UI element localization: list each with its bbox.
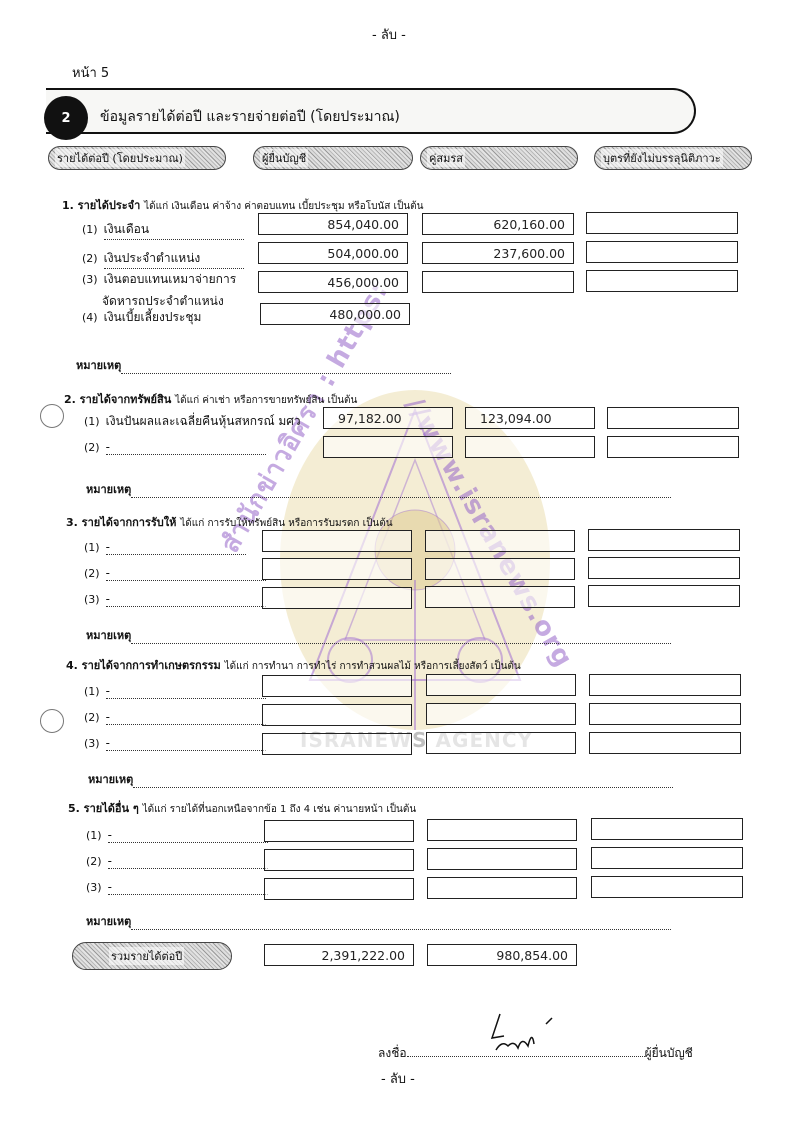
- s5-r2-child[interactable]: [591, 847, 743, 869]
- section-2-heading: 2. รายได้จากทรัพย์สิน ได้แก่ ค่าเช่า หรื…: [64, 390, 357, 408]
- column-header-declarant: ผู้ยื่นบัญชี: [253, 146, 413, 170]
- page-number: หน้า 5: [72, 62, 109, 83]
- s3-r1-child[interactable]: [588, 529, 740, 551]
- column-header-income: รายได้ต่อปี (โดยประมาณ): [48, 146, 226, 170]
- row-4-2-label: (2)-: [84, 710, 266, 725]
- punch-hole: [40, 709, 64, 733]
- section-number-badge: 2: [44, 96, 88, 140]
- s5-r3-spouse[interactable]: [427, 877, 577, 899]
- s3-r3-child[interactable]: [588, 585, 740, 607]
- s5-r1-spouse[interactable]: [427, 819, 577, 841]
- s5-r1-declarant[interactable]: [264, 820, 414, 842]
- row-3-1-label: (1)-: [84, 540, 246, 555]
- section-4-heading: 4. รายได้จากการทำเกษตรกรรม ได้แก่ การทำน…: [66, 656, 521, 674]
- section-title: ข้อมูลรายได้ต่อปี และรายจ่ายต่อปี (โดยปร…: [100, 106, 400, 128]
- section-1-heading: 1. รายได้ประจำ ได้แก่ เงินเดือน ค่าจ้าง …: [62, 196, 423, 214]
- s1-r3-spouse[interactable]: [422, 271, 574, 293]
- s4-r2-declarant[interactable]: [262, 704, 412, 726]
- row-5-1-label: (1)-: [86, 828, 268, 843]
- s3-r2-child[interactable]: [588, 557, 740, 579]
- s1-r1-spouse[interactable]: 620,160.00: [422, 213, 574, 235]
- row-4-1-label: (1)-: [84, 684, 266, 699]
- s3-r3-spouse[interactable]: [425, 586, 575, 608]
- row-1-2-label: (2)เงินประจำตำแหน่ง: [82, 249, 244, 269]
- classification-bottom: - ลับ -: [381, 1068, 415, 1089]
- s1-r4-declarant[interactable]: 480,000.00: [260, 303, 410, 325]
- total-label-pill: รวมรายได้ต่อปี: [72, 942, 232, 970]
- section-3-note: หมายเหตุ: [86, 626, 671, 644]
- signature-line: ลงชื่อผู้ยื่นบัญชี: [378, 1044, 693, 1063]
- punch-hole: [40, 404, 64, 428]
- row-1-1-label: (1)เงินเดือน: [82, 220, 244, 240]
- total-spouse[interactable]: 980,854.00: [427, 944, 577, 966]
- s5-r3-declarant[interactable]: [264, 878, 414, 900]
- s2-r1-spouse[interactable]: 123,094.00: [465, 407, 595, 429]
- classification-top: - ลับ -: [372, 24, 406, 45]
- section-3-heading: 3. รายได้จากการรับให้ ได้แก่ การรับให้ทร…: [66, 513, 393, 531]
- s4-r3-child[interactable]: [589, 732, 741, 754]
- s1-r1-child[interactable]: [586, 212, 738, 234]
- s5-r1-child[interactable]: [591, 818, 743, 840]
- s4-r3-declarant[interactable]: [262, 733, 412, 755]
- row-3-3-label: (3)-: [84, 592, 266, 607]
- s3-r1-spouse[interactable]: [425, 530, 575, 552]
- s2-r2-spouse[interactable]: [465, 436, 595, 458]
- row-2-2-label: (2)-: [84, 440, 266, 455]
- s2-r2-child[interactable]: [607, 436, 739, 458]
- s1-r2-spouse[interactable]: 237,600.00: [422, 242, 574, 264]
- s1-r3-child[interactable]: [586, 270, 738, 292]
- row-3-2-label: (2)-: [84, 566, 266, 581]
- s3-r1-declarant[interactable]: [262, 530, 412, 552]
- row-5-3-label: (3)-: [86, 880, 268, 895]
- s1-r3-declarant[interactable]: 456,000.00: [258, 271, 408, 293]
- s4-r2-spouse[interactable]: [426, 703, 576, 725]
- s4-r1-child[interactable]: [589, 674, 741, 696]
- s2-r1-child[interactable]: [607, 407, 739, 429]
- s1-r2-declarant[interactable]: 504,000.00: [258, 242, 408, 264]
- section-2-note: หมายเหตุ: [86, 480, 671, 498]
- s3-r3-declarant[interactable]: [262, 587, 412, 609]
- s1-r2-child[interactable]: [586, 241, 738, 263]
- s2-r1-declarant[interactable]: 97,182.00: [323, 407, 453, 429]
- total-declarant[interactable]: 2,391,222.00: [264, 944, 414, 966]
- row-1-4-label: (4)เงินเบี้ยเลี้ยงประชุม: [82, 308, 201, 327]
- s4-r1-declarant[interactable]: [262, 675, 412, 697]
- s5-r2-declarant[interactable]: [264, 849, 414, 871]
- section-1-note: หมายเหตุ: [76, 356, 451, 374]
- s4-r2-child[interactable]: [589, 703, 741, 725]
- s5-r3-child[interactable]: [591, 876, 743, 898]
- s3-r2-spouse[interactable]: [425, 558, 575, 580]
- s3-r2-declarant[interactable]: [262, 558, 412, 580]
- s5-r2-spouse[interactable]: [427, 848, 577, 870]
- s2-r2-declarant[interactable]: [323, 436, 453, 458]
- row-4-3-label: (3)-: [84, 736, 266, 751]
- column-header-child: บุตรที่ยังไม่บรรลุนิติภาวะ: [594, 146, 752, 170]
- s4-r1-spouse[interactable]: [426, 674, 576, 696]
- s4-r3-spouse[interactable]: [426, 732, 576, 754]
- section-4-note: หมายเหตุ: [88, 770, 673, 788]
- s1-r1-declarant[interactable]: 854,040.00: [258, 213, 408, 235]
- section-5-note: หมายเหตุ: [86, 912, 671, 930]
- row-1-3-label: (3)เงินตอบแทนเหมาจ่ายการ: [82, 270, 236, 289]
- column-header-spouse: คู่สมรส: [420, 146, 578, 170]
- row-5-2-label: (2)-: [86, 854, 268, 869]
- row-2-1-label: (1)เงินปันผลและเฉลี่ยคืนหุ้นสหกรณ์ มศว: [84, 412, 301, 431]
- section-5-heading: 5. รายได้อื่น ๆ ได้แก่ รายได้ที่นอกเหนือ…: [68, 799, 416, 817]
